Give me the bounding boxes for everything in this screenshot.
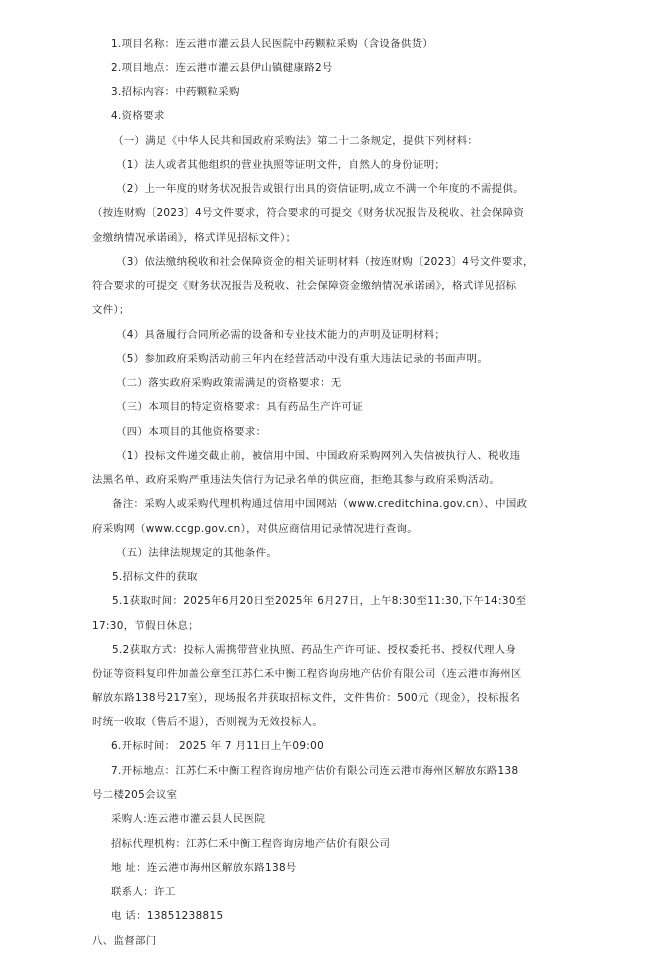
acquisition-method-cont-1: 份证等资料复印件加盖公章至江苏仁禾中衡工程咨询房地产估价有限公司（连云港市海州区 <box>92 667 522 681</box>
supervision-heading: 八、监督部门 <box>92 934 156 948</box>
other-requirement-1-cont: 法黑名单、政府采购严重违法失信行为记录名单的供应商，拒绝其参与政府采购活动。 <box>92 473 500 487</box>
qualification-item-2: （二）落实政府采购政策需满足的资格要求：无 <box>116 376 342 390</box>
document-acquisition-heading: 5.招标文件的获取 <box>112 570 198 584</box>
qualification-item-1: （一）满足《中华人民共和国政府采购法》第二十二条规定，提供下列材料： <box>113 134 478 148</box>
requirement-3-cont-2: 文件）； <box>92 303 130 317</box>
acquisition-time-cont: 17:30，节假日休息； <box>92 619 199 633</box>
qualification-item-5: （五）法律法规规定的其他条件。 <box>116 546 277 560</box>
phone-line: 电 话：13851238815 <box>111 909 223 923</box>
acquisition-time: 5.1获取时间：2025年6月20日至2025年 6月27日，上午8:30至11… <box>112 594 527 608</box>
requirement-5: （5）参加政府采购活动前三年内在经营活动中没有重大违法记录的书面声明。 <box>116 352 488 366</box>
tender-content-line: 3.招标内容：中药颗粒采购 <box>111 85 240 99</box>
other-requirement-1: （1）投标文件递交截止前，被信用中国、中国政府采购网列入失信被执行人、税收违 <box>116 449 520 463</box>
acquisition-method: 5.2获取方式：投标人需携带营业执照、药品生产许可证、授权委托书、授权代理人身 <box>112 643 516 657</box>
qualification-heading: 4.资格要求 <box>111 109 165 123</box>
requirement-3-cont-1: 符合要求的可提交《财务状况报告及税收、社会保障资金缴纳情况承诺函》，格式详见招标 <box>92 279 516 293</box>
bid-opening-location: 7.开标地点：江苏仁禾中衡工程咨询房地产估价有限公司连云港市海州区解放东路138 <box>111 764 518 778</box>
agency-line: 招标代理机构：江苏仁禾中衡工程咨询房地产估价有限公司 <box>111 837 390 851</box>
purchaser-line: 采购人:连云港市灌云县人民医院 <box>111 812 265 826</box>
project-name-line: 1.项目名称：连云港市灌云县人民医院中药颗粒采购（含设备供货） <box>111 37 433 51</box>
qualification-item-4: （四）本项目的其他资格要求： <box>116 425 266 439</box>
requirement-1: （1）法人或者其他组织的营业执照等证明文件，自然人的身份证明； <box>116 158 445 172</box>
remark-line: 备注：采购人或采购代理机构通过信用中国网站（www.creditchina.go… <box>112 497 527 511</box>
remark-line-cont: 府采购网（www.ccgp.gov.cn），对供应商信用记录情况进行查询。 <box>92 522 418 536</box>
requirement-2-cont-2: 金缴纳情况承诺函》，格式详见招标文件）； <box>92 231 296 245</box>
acquisition-method-cont-3: 时统一收取（售后不退），否则视为无效投标人。 <box>92 715 323 729</box>
requirement-2-cont-1: （按连财购〔2023〕4号文件要求，符合要求的可提交《财务状况报告及税收、社会保… <box>92 206 524 220</box>
qualification-item-3: （三）本项目的特定资格要求：具有药品生产许可证 <box>116 400 363 414</box>
requirement-3: （3）依法缴纳税收和社会保障资金的相关证明材料（按连财购〔2023〕4号文件要求… <box>116 255 534 269</box>
acquisition-method-cont-2: 解放东路138号217室），现场报名并获取招标文件，文件售价：500元（现金），… <box>92 691 520 705</box>
bid-opening-time: 6.开标时间： 2025 年 7 月11日上午09:00 <box>111 739 324 753</box>
contact-person-line: 联系人：许工 <box>111 885 175 899</box>
document-page: 1.项目名称：连云港市灌云县人民医院中药颗粒采购（含设备供货） 2.项目地点：连… <box>0 0 658 972</box>
requirement-2: （2）上一年度的财务状况报告或银行出具的资信证明,成立不满一个年度的不需提供。 <box>116 182 524 196</box>
bid-opening-location-cont: 号二楼205会议室 <box>92 788 177 802</box>
project-location-line: 2.项目地点：连云港市灌云县伊山镇健康路2号 <box>111 61 333 75</box>
requirement-4: （4）具备履行合同所必需的设备和专业技术能力的声明及证明材料； <box>116 328 445 342</box>
address-line: 地 址：连云港市海州区解放东路138号 <box>111 861 297 875</box>
